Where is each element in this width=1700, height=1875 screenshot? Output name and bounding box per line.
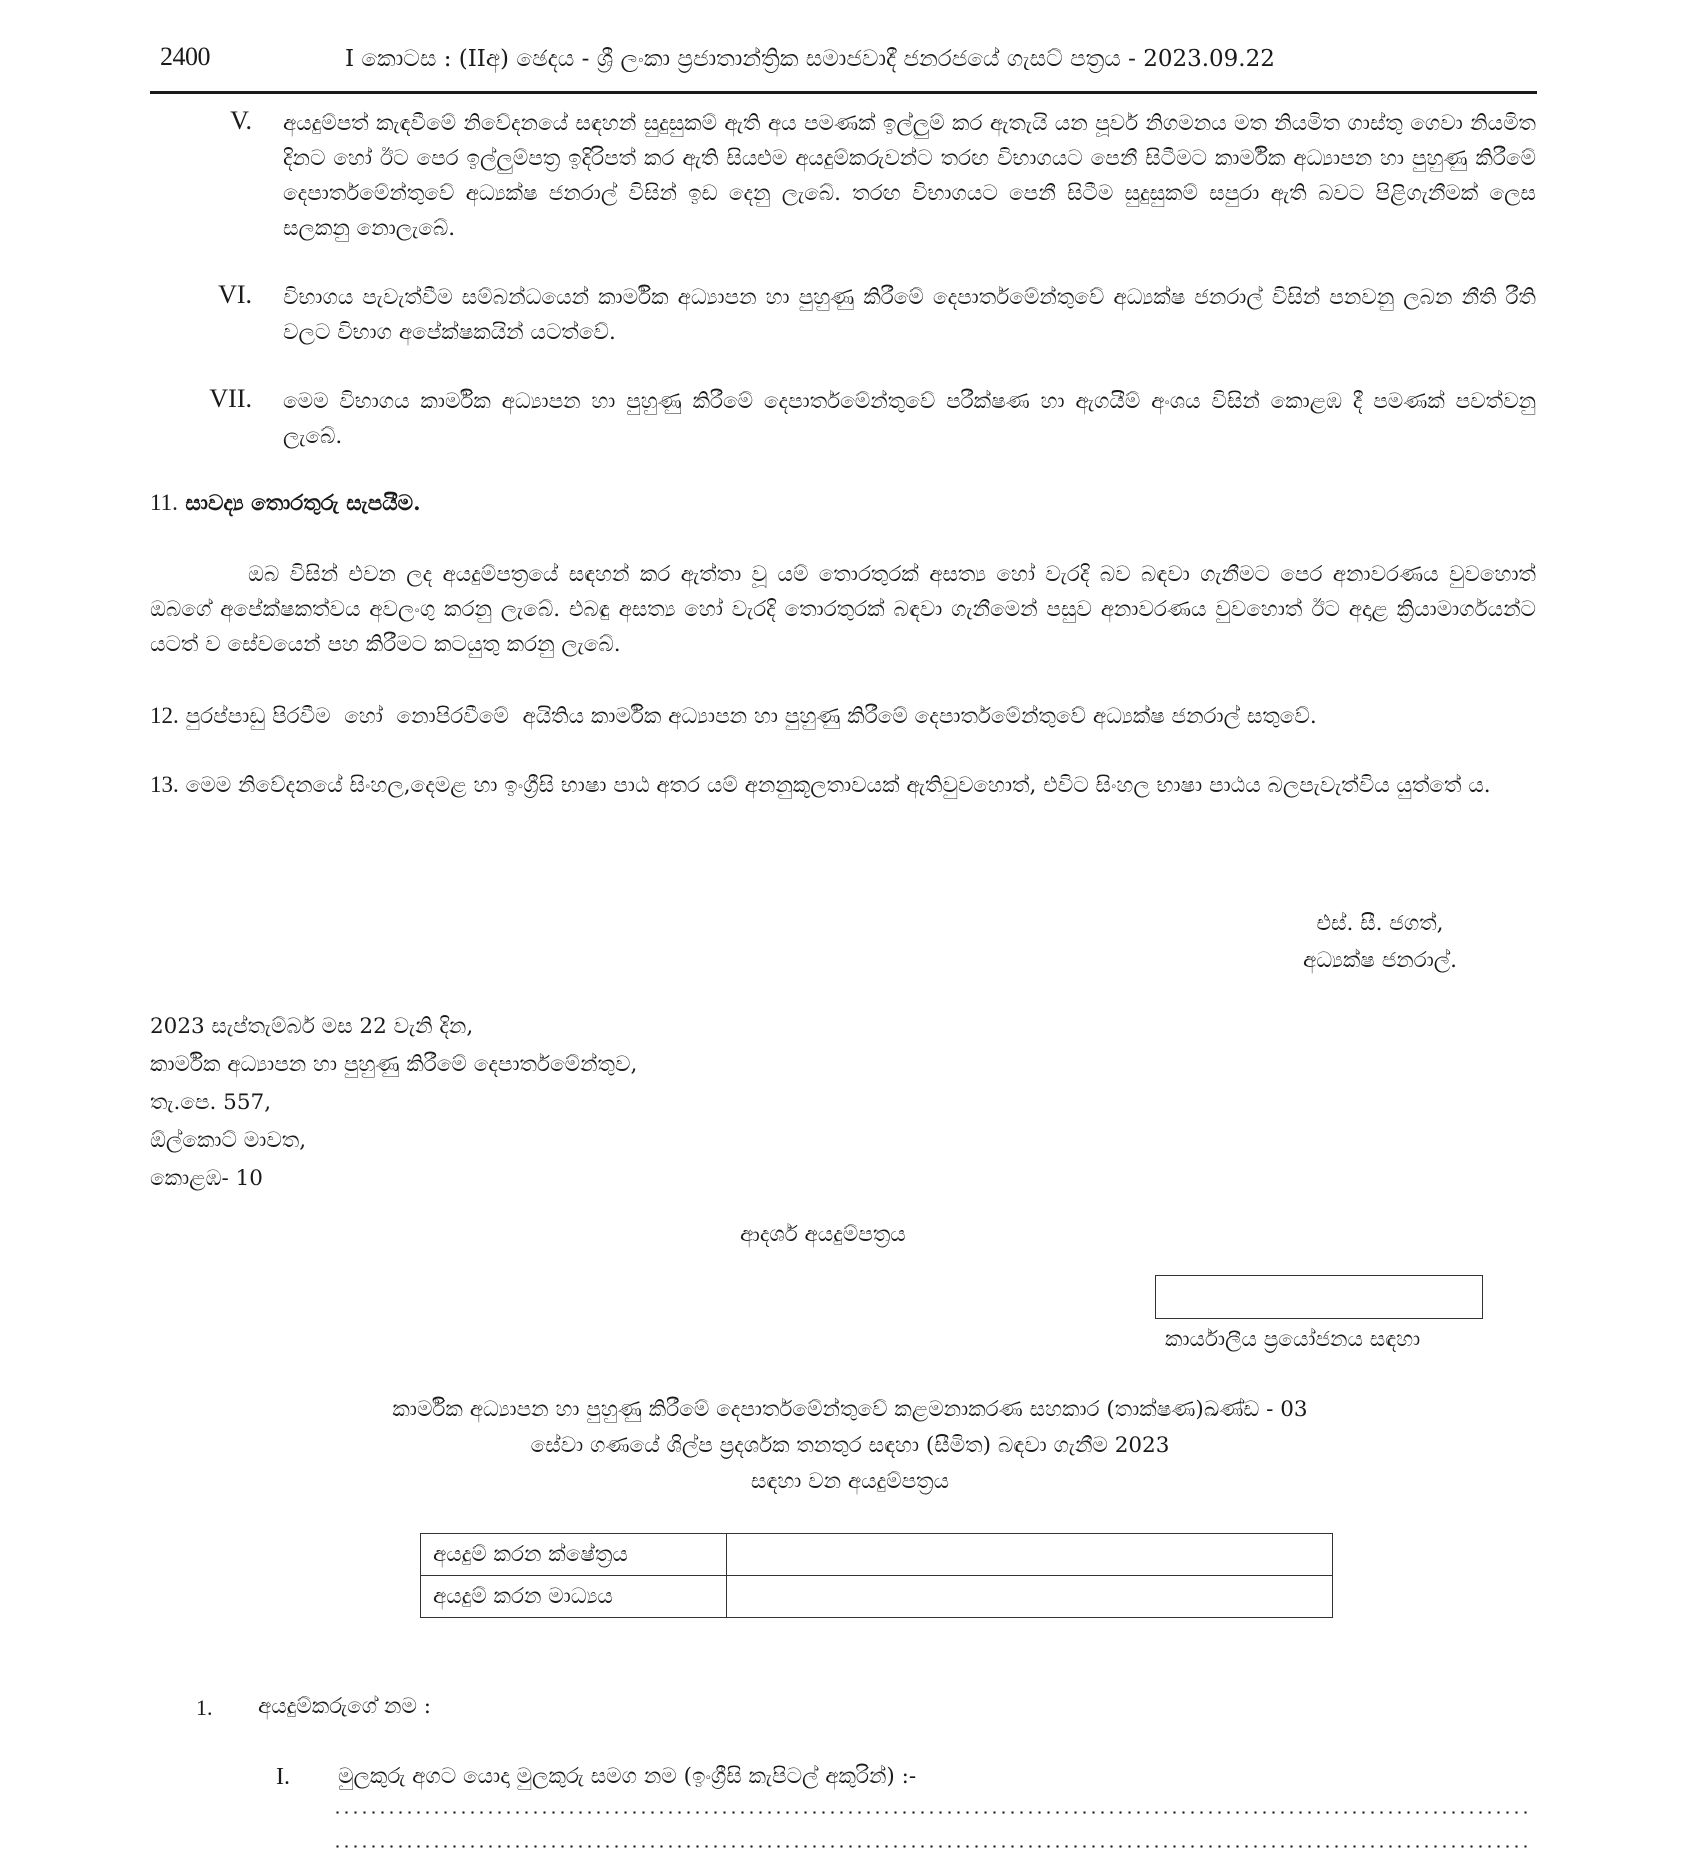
signature-block: එස්. සී. ජගත්, අධ්‍යක්ෂ ජනරාල්. bbox=[1250, 905, 1510, 979]
clause-text: විභාගය පැවැත්වීම සම්බන්ධයෙන් කාර්මික අධ්… bbox=[283, 280, 1536, 350]
application-field-table: අයදුම් කරන ක්ෂේත්‍රය අයදුම් කරන මාධ්‍යය bbox=[420, 1533, 1333, 1618]
section-number: 11. bbox=[150, 490, 178, 515]
section-11-paragraph: ඔබ විසින් එවන ලද අයදුම්පත්‍රයේ සඳහන් කර … bbox=[150, 557, 1536, 662]
office-use-box[interactable] bbox=[1155, 1275, 1483, 1319]
section-13-paragraph: 13. මෙම නිවේදනයේ සිංහල,දෙමළ හා ඉංග්‍රීසි… bbox=[150, 767, 1536, 803]
application-heading-line: කාර්මික අධ්‍යාපන හා පුහුණු කිරීමේ දෙපාර්… bbox=[250, 1392, 1450, 1428]
clause-number: VI. bbox=[152, 280, 252, 310]
address-date: 2023 සැප්තැම්බර් මස 22 වැනි දින, bbox=[150, 1008, 637, 1046]
signatory-name: එස්. සී. ජගත්, bbox=[1250, 905, 1510, 942]
address-department: කාර්මික අධ්‍යාපන හා පුහුණු කිරීමේ දෙපාර්… bbox=[150, 1046, 637, 1084]
table-label-medium: අයදුම් කරන මාධ්‍යය bbox=[421, 1576, 727, 1618]
address-po-box: තැ.පෙ. 557, bbox=[150, 1084, 637, 1122]
clause-text: අයදුම්පත් කැඳවීමේ නිවේදනයේ සඳහන් සුදුසුක… bbox=[283, 106, 1536, 246]
application-heading: කාර්මික අධ්‍යාපන හා පුහුණු කිරීමේ දෙපාර්… bbox=[250, 1392, 1450, 1500]
name-input-line[interactable] bbox=[333, 1845, 1533, 1849]
header-divider bbox=[150, 91, 1537, 94]
section-heading-text: සාවද්‍ය තොරතුරු සැපයීම. bbox=[185, 491, 420, 516]
name-input-line[interactable] bbox=[333, 1811, 1533, 1815]
gazette-header-title: I කොටස : (IIඅ) ඡෙදය - ශ්‍රී ලංකා ප්‍රජාත… bbox=[345, 46, 1525, 72]
table-label-field: අයදුම් කරන ක්ෂේත්‍රය bbox=[421, 1534, 727, 1576]
application-heading-line: සේවා ගණයේ ශිල්ප ප්‍රදර්ශක තනතුර සඳහා (සී… bbox=[250, 1428, 1450, 1464]
section-11-heading: 11. සාවද්‍ය තොරතුරු සැපයීම. bbox=[150, 490, 421, 516]
section-number: 13. bbox=[150, 772, 179, 797]
name-with-initials-label: මුලකුරු අගට යොදා මුලකුරු සමග නම (ඉංග්‍රී… bbox=[338, 1764, 916, 1789]
address-city: කොළඹ- 10 bbox=[150, 1160, 637, 1198]
field-number: 1. bbox=[196, 1695, 213, 1721]
table-row: අයදුම් කරන ක්ෂේත්‍රය bbox=[421, 1534, 1333, 1576]
signatory-title: අධ්‍යක්ෂ ජනරාල්. bbox=[1250, 942, 1510, 979]
address-street: ඕල්කොට් මාවත, bbox=[150, 1122, 637, 1160]
model-application-title: ආදර්ශ අයදුම්පත්‍රය bbox=[740, 1222, 906, 1247]
section-12-paragraph: 12. පුරප්පාඩු පිරවීම හෝ නොපිරවීමේ අයිතිය… bbox=[150, 698, 1536, 734]
section-number: 12. bbox=[150, 703, 179, 728]
clause-number: VII. bbox=[152, 384, 252, 414]
subfield-number: I. bbox=[276, 1764, 290, 1791]
clause-number: V. bbox=[152, 106, 252, 136]
applicant-name-label: අයදුම්කරුගේ නම : bbox=[258, 1694, 431, 1719]
address-block: 2023 සැප්තැම්බර් මස 22 වැනි දින, කාර්මික… bbox=[150, 1008, 637, 1198]
paragraph-text: මෙම නිවේදනයේ සිංහල,දෙමළ හා ඉංග්‍රීසි භාෂ… bbox=[186, 773, 1491, 798]
paragraph-text: පුරප්පාඩු පිරවීම හෝ නොපිරවීමේ අයිතිය කාර… bbox=[186, 704, 1317, 729]
page-number: 2400 bbox=[160, 42, 210, 72]
application-heading-line: සඳහා වන අයදුම්පත්‍රය bbox=[250, 1464, 1450, 1500]
paragraph-text: ඔබ විසින් එවන ලද අයදුම්පත්‍රයේ සඳහන් කර … bbox=[150, 562, 1536, 657]
clause-text: මෙම විභාගය කාර්මික අධ්‍යාපන හා පුහුණු කි… bbox=[283, 384, 1536, 454]
table-row: අයදුම් කරන මාධ්‍යය bbox=[421, 1576, 1333, 1618]
office-use-label: කාර්යාලීය ප්‍රයෝජනය සඳහා bbox=[1165, 1327, 1420, 1352]
field-input-cell[interactable] bbox=[727, 1534, 1333, 1576]
medium-input-cell[interactable] bbox=[727, 1576, 1333, 1618]
